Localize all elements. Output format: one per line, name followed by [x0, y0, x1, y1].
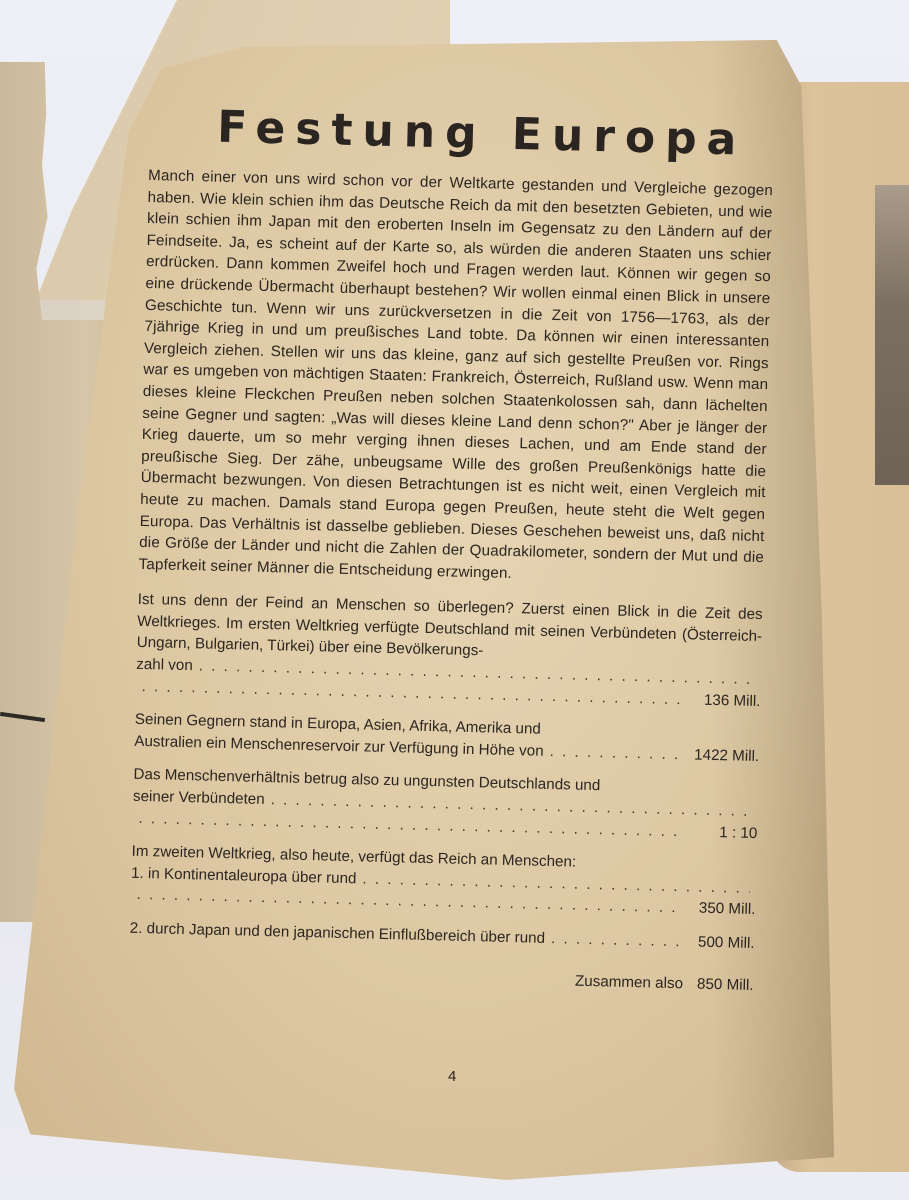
row-value: 350 Mill.	[685, 898, 756, 921]
ww2-block: Im zweiten Weltkrieg, also heute, verfüg…	[129, 841, 757, 994]
right-page-photo	[875, 185, 909, 485]
leader-dots	[551, 928, 679, 953]
ww2-item: 2. durch Japan und den japanischen Einfl…	[129, 918, 754, 955]
row-label: zahl von	[136, 654, 193, 677]
row-label: 2. durch Japan und den japanischen Einfl…	[129, 918, 545, 950]
ww1-block: Ist uns denn der Feind an Menschen so üb…	[135, 589, 762, 712]
ratio-block: Das Menschenverhältnis betrug also zu un…	[132, 764, 758, 844]
total-value: 850 Mill.	[697, 975, 754, 993]
page-number: 4	[448, 1068, 456, 1085]
enemies-block: Seinen Gegnern stand in Europa, Asien, A…	[134, 709, 760, 767]
row-value: 500 Mill.	[684, 931, 755, 954]
intro-paragraph: Manch einer von uns wird schon vor der W…	[138, 165, 773, 590]
total-label: Zusammen also	[575, 972, 683, 992]
total-row: Zusammen also 850 Mill.	[129, 961, 754, 993]
page-content: Festung Europa Manch einer von uns wird …	[128, 100, 775, 1006]
leader-dots	[549, 741, 683, 766]
row-value: 136 Mill.	[690, 689, 761, 712]
row-value: 1422 Mill.	[689, 744, 760, 767]
row-value: 1 : 10	[687, 821, 758, 844]
